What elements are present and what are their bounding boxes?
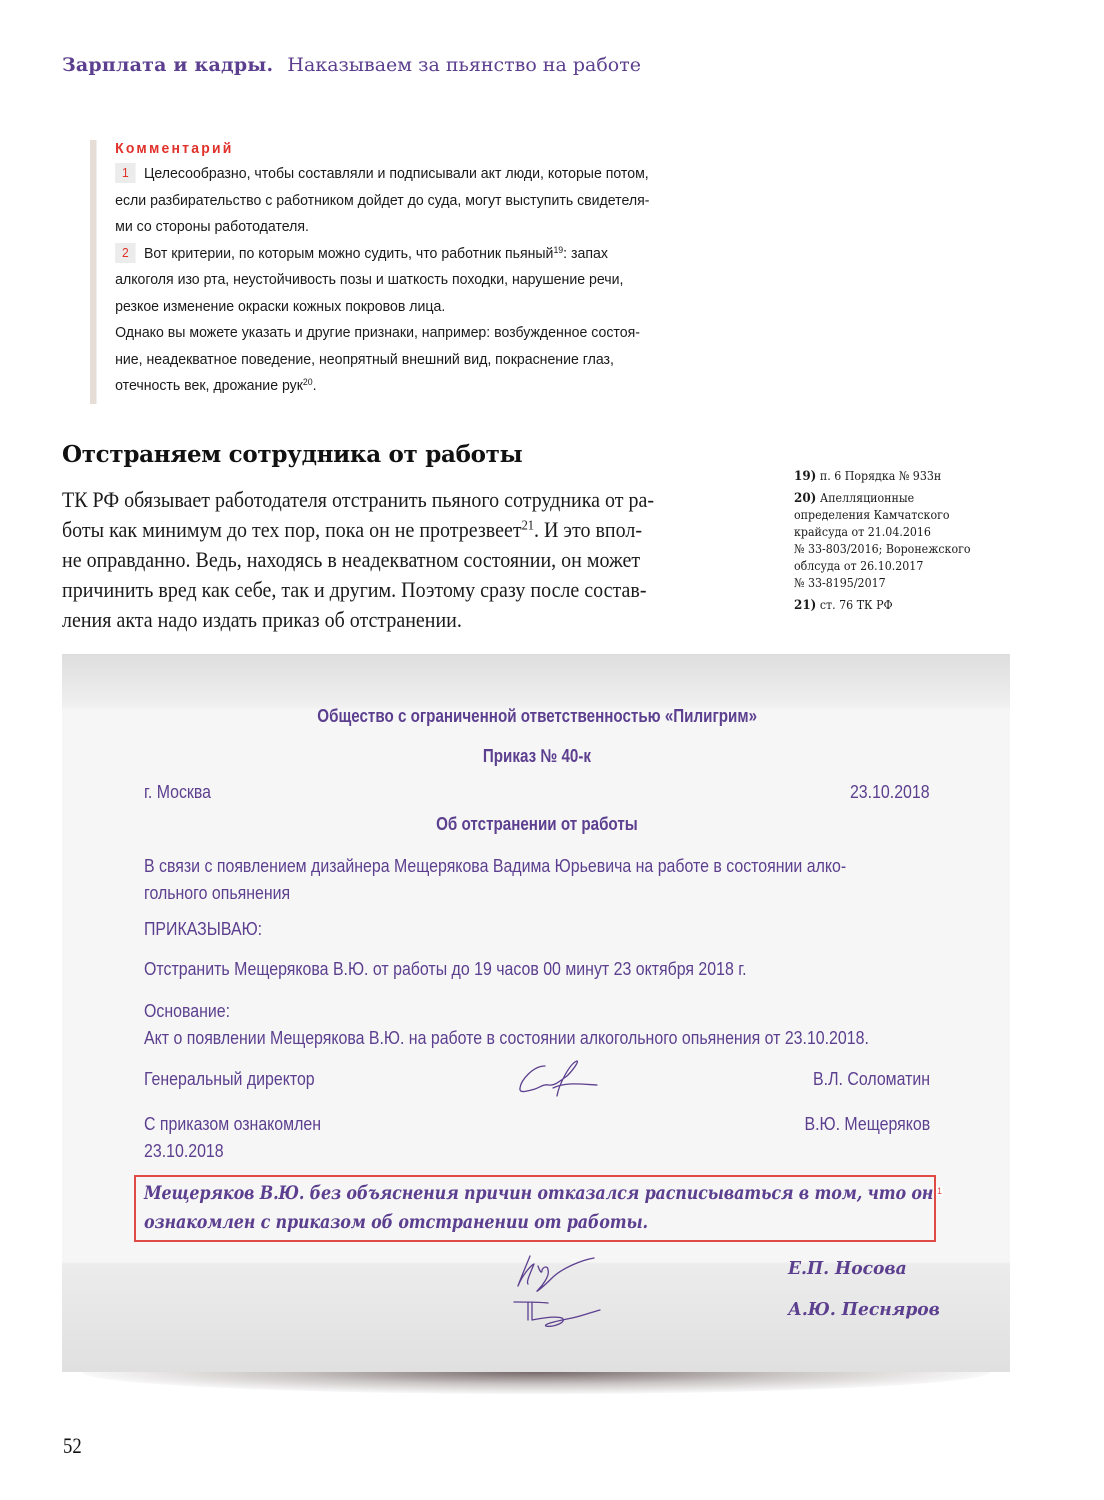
body-line: ТК РФ обязывает работодателя отстранить … [62, 485, 743, 515]
footnote-text: п. 6 Порядка № 933н [820, 469, 941, 483]
footnote-text: облсуда от 26.10.2017 [794, 558, 1006, 575]
document-shadow [82, 1372, 990, 1394]
refusal-note: Мещеряков В.Ю. без объяснения причин отк… [144, 1179, 900, 1237]
comment-number-badge: 2 [115, 243, 135, 263]
doc-preamble-line: В связи с появлением дизайнера Мещеряков… [144, 852, 820, 879]
doc-preamble: В связи с появлением дизайнера Мещеряков… [144, 852, 820, 906]
doc-basis-text: Акт о появлении Мещерякова В.Ю. на работ… [144, 1024, 820, 1051]
doc-director-title: Генеральный директор [144, 1068, 315, 1090]
comment-line: Однако вы можете указать и другие призна… [115, 320, 694, 347]
doc-organization-text: Общество с ограниченной ответственностью… [317, 705, 757, 727]
comment-item-1: 1Целесообразно, чтобы составляли и подпи… [115, 161, 694, 241]
comment-line: Вот критерии, по которым можно судить, ч… [144, 245, 554, 262]
footnotes: 19) п. 6 Порядка № 933н 20) Апелляционны… [794, 468, 1006, 619]
comment-line: алкоголя изо рта, неустойчивость позы и … [115, 267, 694, 294]
doc-order-title: Приказ № 40-к [144, 745, 930, 767]
comment-line-tail: . [313, 377, 317, 394]
doc-organization: Общество с ограниченной ответственностью… [144, 705, 930, 727]
footnote-text: № 33-8195/2017 [794, 575, 1006, 592]
comment-box: Комментарий 1Целесообразно, чтобы состав… [90, 140, 695, 404]
footnote-ref[interactable]: 20 [303, 376, 313, 387]
footnote-text: Апелляционные [820, 491, 914, 505]
footnote-number: 19) [794, 469, 816, 484]
doc-acknowledged: С приказом ознакомлен В.Ю. Мещеряков 23.… [144, 1110, 930, 1164]
body-line: боты как минимум до тех пор, пока он не … [62, 517, 522, 542]
comment-line: ние, неадекватное поведение, неопрятный … [115, 347, 694, 374]
witness1-signature-icon [512, 1252, 602, 1297]
doc-subject: Об отстранении от работы [144, 813, 930, 835]
comment-line: резкое изменение окраски кожных покровов… [115, 294, 694, 321]
witness-name: А.Ю. Песняров [788, 1299, 940, 1320]
doc-order-title-text: Приказ № 40-к [483, 745, 591, 767]
comment-title: Комментарий [115, 140, 694, 158]
footnote-text: определения Камчатского [794, 507, 1006, 524]
comment-marker[interactable]: 1 [936, 1186, 943, 1196]
doc-preamble-line: гольного опьянения [144, 879, 820, 906]
doc-employee-name: В.Ю. Мещеряков [804, 1110, 930, 1137]
doc-order-word: ПРИКАЗЫВАЮ: [144, 918, 820, 940]
running-head: Зарплата и кадры. Наказываем за пьянство… [62, 54, 641, 76]
running-head-section: Зарплата и кадры. [62, 54, 273, 76]
footnote-21: 21) ст. 76 ТК РФ [794, 597, 1006, 614]
comment-line: ми со стороны работодателя. [115, 214, 694, 241]
comment-number-badge: 1 [115, 163, 135, 183]
comment-line: Целесообразно, чтобы составляли и подпис… [144, 165, 649, 182]
footnote-number: 20) [794, 491, 816, 506]
doc-basis-label: Основание: [144, 997, 820, 1024]
body-line: причинить вред как себе, так и другим. П… [62, 575, 743, 605]
running-head-topic: Наказываем за пьянство на работе [287, 54, 641, 76]
doc-city: г. Москва [144, 781, 211, 803]
footnote-20: 20) Апелляционные определения Камчатског… [794, 490, 1006, 592]
comment-item-2: 2Вот критерии, по которым можно судить, … [115, 241, 694, 400]
footnote-text: № 33-803/2016; Воронежского [794, 541, 1006, 558]
refusal-line: Мещеряков В.Ю. без объяснения причин отк… [144, 1179, 900, 1208]
doc-director-name: В.Л. Соломатин [813, 1068, 930, 1090]
comment-line-tail: : запах [563, 245, 608, 262]
refusal-line: ознакомлен с приказом об отстранении от … [144, 1208, 900, 1237]
footnote-ref[interactable]: 19 [553, 243, 563, 254]
doc-subject-text: Об отстранении от работы [436, 813, 638, 835]
body-paragraph: ТК РФ обязывает работодателя отстранить … [62, 485, 743, 635]
witness2-signature-icon [512, 1298, 612, 1333]
body-line: не оправданно. Ведь, находясь в неадеква… [62, 545, 743, 575]
footnote-text: крайсуда от 21.04.2016 [794, 524, 1006, 541]
body-line: ления акта надо издать приказ об отстран… [62, 605, 743, 635]
doc-place-date-row: г. Москва 23.10.2018 [144, 781, 930, 803]
comment-line: отечность век, дрожание рук [115, 377, 303, 394]
body-line-tail: . И это впол- [534, 517, 642, 542]
doc-acknowledged-label: С приказом ознакомлен [144, 1110, 321, 1137]
witness-name: Е.П. Носова [788, 1258, 907, 1279]
footnote-ref[interactable]: 21 [522, 518, 534, 533]
page-number: 52 [63, 1433, 82, 1459]
doc-basis: Основание: Акт о появлении Мещерякова В.… [144, 997, 820, 1051]
doc-acknowledged-date: 23.10.2018 [144, 1137, 820, 1164]
footnote-text: ст. 76 ТК РФ [820, 598, 893, 612]
section-heading: Отстраняем сотрудника от работы [62, 441, 522, 468]
comment-line: если разбирательство с работником дойдет… [115, 188, 694, 215]
director-signature-icon [515, 1058, 605, 1103]
doc-order-text: Отстранить Мещерякова В.Ю. от работы до … [144, 958, 820, 980]
footnote-number: 21) [794, 598, 816, 613]
footnote-19: 19) п. 6 Порядка № 933н [794, 468, 1006, 485]
doc-date: 23.10.2018 [850, 781, 930, 803]
